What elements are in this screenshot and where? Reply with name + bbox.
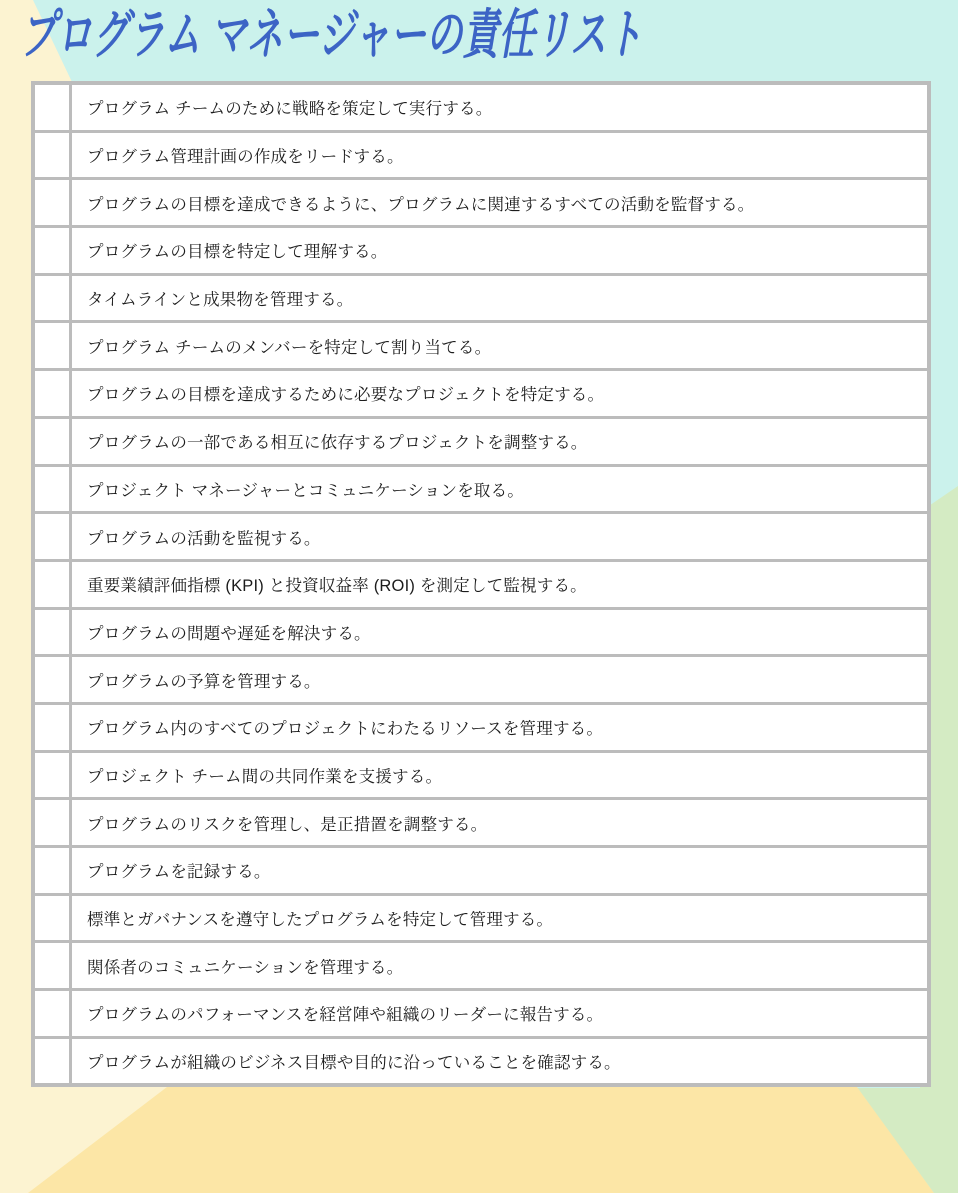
- checkbox-cell: [35, 419, 69, 464]
- checkbox-cell: [35, 657, 69, 702]
- checkbox-cell: [35, 180, 69, 225]
- task-label: プログラムの予算を管理する。: [72, 657, 927, 702]
- checkbox-cell: [35, 467, 69, 512]
- checkbox-cell: [35, 896, 69, 941]
- task-label: プログラムの目標を達成するために必要なプロジェクトを特定する。: [72, 371, 927, 416]
- task-label: 重要業績評価指標 (KPI) と投資収益率 (ROI) を測定して監視する。: [72, 562, 927, 607]
- task-label: プログラム内のすべてのプロジェクトにわたるリソースを管理する。: [72, 705, 927, 750]
- task-label: プログラムの目標を特定して理解する。: [72, 228, 927, 273]
- checkbox-cell: [35, 228, 69, 273]
- checkbox-cell: [35, 562, 69, 607]
- checkbox-cell: [35, 276, 69, 321]
- checkbox-cell: [35, 753, 69, 798]
- checkbox-cell: [35, 1039, 69, 1084]
- task-label: プログラムの問題や遅延を解決する。: [72, 610, 927, 655]
- task-label: 関係者のコミュニケーションを管理する。: [72, 943, 927, 988]
- task-label: プログラムが組織のビジネス目標や目的に沿っていることを確認する。: [72, 1039, 927, 1084]
- task-label: プログラム チームのために戦略を策定して実行する。: [72, 85, 927, 130]
- checkbox-cell: [35, 943, 69, 988]
- checkbox-cell: [35, 85, 69, 130]
- page: プログラム マネージャーの責任リスト プログラム チームのために戦略を策定して実…: [0, 0, 958, 1193]
- task-label: 標準とガバナンスを遵守したプログラムを特定して管理する。: [72, 896, 927, 941]
- responsibility-checklist: プログラム チームのために戦略を策定して実行する。プログラム管理計画の作成をリー…: [31, 81, 931, 1087]
- checkbox-cell: [35, 848, 69, 893]
- task-label: プログラムの活動を監視する。: [72, 514, 927, 559]
- checkbox-cell: [35, 371, 69, 416]
- checkbox-cell: [35, 705, 69, 750]
- task-label: プロジェクト チーム間の共同作業を支援する。: [72, 753, 927, 798]
- checkbox-cell: [35, 610, 69, 655]
- task-label: プログラムのリスクを管理し、是正措置を調整する。: [72, 800, 927, 845]
- task-label: プログラム管理計画の作成をリードする。: [72, 133, 927, 178]
- checkbox-cell: [35, 800, 69, 845]
- task-label: プログラムの目標を達成できるように、プログラムに関連するすべての活動を監督する。: [72, 180, 927, 225]
- checkbox-cell: [35, 514, 69, 559]
- checkbox-cell: [35, 133, 69, 178]
- task-label: プログラムのパフォーマンスを経営陣や組織のリーダーに報告する。: [72, 991, 927, 1036]
- checkbox-cell: [35, 323, 69, 368]
- page-title: プログラム マネージャーの責任リスト: [20, 2, 643, 70]
- task-label: プログラムの一部である相互に依存するプロジェクトを調整する。: [72, 419, 927, 464]
- task-label: プログラム チームのメンバーを特定して割り当てる。: [72, 323, 927, 368]
- task-label: タイムラインと成果物を管理する。: [72, 276, 927, 321]
- task-label: プログラムを記録する。: [72, 848, 927, 893]
- checkbox-cell: [35, 991, 69, 1036]
- task-label: プロジェクト マネージャーとコミュニケーションを取る。: [72, 467, 927, 512]
